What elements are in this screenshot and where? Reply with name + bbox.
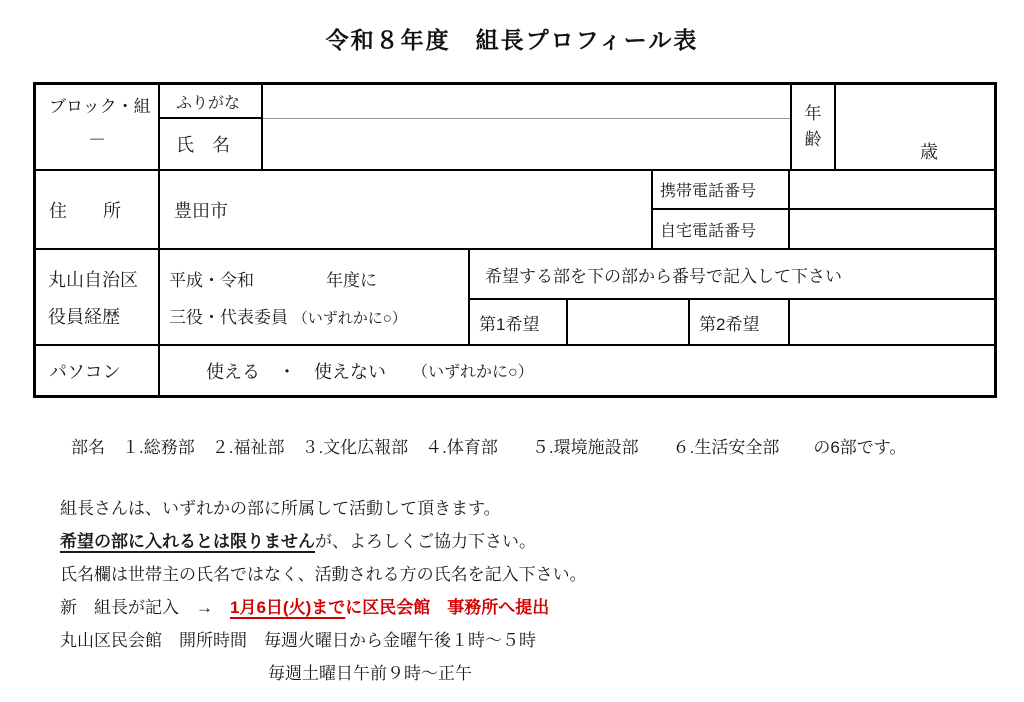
home-phone-label-cell: 自宅電話番号 [653,210,790,250]
district-label-line1: 丸山自治区 [48,266,138,292]
career-entry-cell[interactable]: 平成・令和年度に 三役・代表委員 （いずれかに○） [160,250,470,346]
mobile-phone-input-cell[interactable] [790,171,994,210]
first-wish-label-cell: 第1希望 [470,300,568,346]
age-label: 年齢 [803,101,823,154]
page-title: 令和８年度 組長プロフィール表 [0,22,1024,55]
name-input-cell[interactable] [263,119,790,171]
career-role-line: 三役・代表委員 （いずれかに○） [169,303,407,328]
career-role-label: 三役・代表委員 [169,308,288,327]
name-label-cell: 氏 名 [160,119,263,171]
career-year-suffix: 年度に [326,271,377,290]
pc-options-text: 使える ・ 使えない [206,358,386,384]
note-hall-hours-saturday: 毎週土曜日午前９時～正午 [268,657,587,690]
note-deadline: 新 組長が記入 → 1月6日(火)までに区民会館 事務所へ提出 [60,591,587,624]
age-unit-label: 歳 [920,138,938,164]
address-label-cell: 住 所 [36,171,160,250]
career-year-line: 平成・令和年度に [169,266,377,291]
furigana-label-cell: ふりがな [160,85,263,119]
career-era-label: 平成・令和 [169,271,254,290]
wish-instruction-cell: 希望する部を下の部から番号で記入して下さい [470,250,994,300]
note-deadline-rest: に区民会館 事務所へ提出 [345,598,549,617]
pc-options-cell[interactable]: 使える ・ 使えない （いずれかに○） [160,346,994,395]
note-wish-disclaimer-emphasis: 希望の部に入れるとは限りません [60,532,315,551]
first-wish-input-cell[interactable] [568,300,690,346]
pc-options-note: （いずれかに○） [412,359,534,382]
note-deadline-prefix: 新 組長が記入 → [60,598,230,617]
address-input-cell[interactable]: 豊田市 [160,171,653,250]
second-wish-label-cell: 第2希望 [690,300,790,346]
note-deadline-date: 1月6日(火)まで [230,598,345,617]
age-label-cell: 年齢 [790,85,836,171]
address-city-value: 豊田市 [174,197,228,223]
district-career-label-cell: 丸山自治区 役員経歴 [36,250,160,346]
note-membership: 組長さんは、いずれかの部に所属して活動して頂きます。 [60,492,587,525]
note-wish-disclaimer-rest: が、よろしくご協力下さい。 [315,532,536,551]
furigana-input-cell[interactable] [263,85,790,119]
district-label-line2: 役員経歴 [48,303,120,329]
note-name-field: 氏名欄は世帯主の氏名ではなく、活動される方の氏名を記入下さい。 [60,558,587,591]
mobile-phone-label-cell: 携帯電話番号 [653,171,790,210]
profile-table: ブロック・組 － ふりがな 氏 名 年齢 歳 住 所 豊田市 携帯電話番号 自宅… [33,82,997,398]
department-list-line: 部名 １.総務部 ２.福祉部 ３.文化広報部 ４.体育部 ５.環境施設部 ６.生… [71,433,906,458]
home-phone-input-cell[interactable] [790,210,994,250]
note-hall-hours-weekday: 丸山区民会館 開所時間 毎週火曜日から金曜午後１時～５時 [60,624,587,657]
form-page: 令和８年度 組長プロフィール表 ブロック・組 － ふりがな 氏 名 年齢 歳 住… [0,0,1024,702]
block-group-label: ブロック・組 [36,85,158,117]
career-role-note: （いずれかに○） [293,310,407,327]
pc-label-cell: パソコン [36,346,160,395]
notes-block: 組長さんは、いずれかの部に所属して活動して頂きます。 希望の部に入れるとは限りま… [60,492,587,690]
age-input-cell[interactable]: 歳 [836,85,994,171]
second-wish-input-cell[interactable] [790,300,994,346]
block-group-cell: ブロック・組 － [36,85,160,171]
block-group-dash: － [36,117,158,169]
note-wish-disclaimer: 希望の部に入れるとは限りませんが、よろしくご協力下さい。 [60,525,587,558]
